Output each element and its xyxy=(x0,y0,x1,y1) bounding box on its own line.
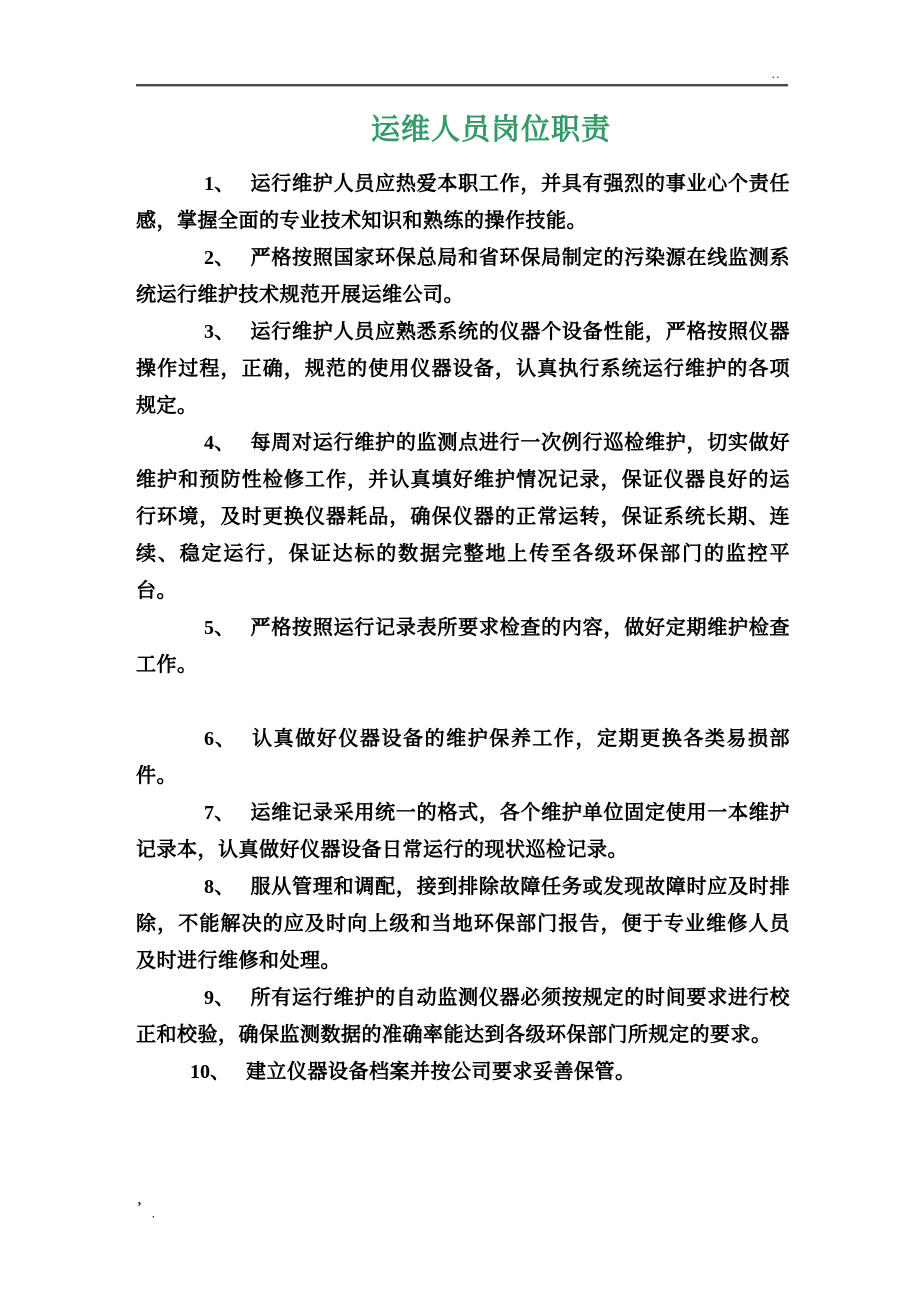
list-item: 10、建立仪器设备档案并按公司要求妥善保管。 xyxy=(136,1054,790,1091)
list-item: 6、认真做好仪器设备的维护保养工作，定期更换各类易损部件。 xyxy=(136,721,790,795)
list-item: 7、运维记录采用统一的格式，各个维护单位固定使用一本维护记录本，认真做好仪器设备… xyxy=(136,795,790,869)
item-text: 每周对运行维护的监测点进行一次例行巡检维护，切实做好维护和预防性检修工作，并认真… xyxy=(136,432,790,602)
page-title: 运维人员岗位职责 xyxy=(136,108,790,153)
item-number: 9、 xyxy=(204,987,251,1009)
item-number: 6、 xyxy=(204,728,252,750)
list-item: 9、所有运行维护的自动监测仪器必须按规定的时间要求进行校正和校验，确保监测数据的… xyxy=(136,980,790,1054)
list-item: 3、运行维护人员应熟悉系统的仪器个设备性能，严格按照仪器操作过程，正确，规范的使… xyxy=(136,314,790,425)
footer-stray-dot: · xyxy=(152,1212,155,1223)
item-number: 3、 xyxy=(204,321,251,343)
item-number: 4、 xyxy=(204,432,251,454)
item-number: 2、 xyxy=(204,247,251,269)
item-number: 5、 xyxy=(204,617,251,639)
list-item: 4、每周对运行维护的监测点进行一次例行巡检维护，切实做好维护和预防性检修工作，并… xyxy=(136,425,790,610)
document-body: 1、运行维护人员应热爱本职工作，并具有强烈的事业心个责任感，掌握全面的专业技术知… xyxy=(136,166,790,1091)
item-number: 10、 xyxy=(190,1061,246,1083)
item-text: 建立仪器设备档案并按公司要求妥善保管。 xyxy=(246,1061,636,1083)
list-item: 8、服从管理和调配，接到排除故障任务或发现故障时应及时排除，不能解决的应及时向上… xyxy=(136,869,790,980)
list-item: 5、严格按照运行记录表所要求检查的内容，做好定期维护检查工作。 xyxy=(136,610,790,684)
list-item: 1、运行维护人员应热爱本职工作，并具有强烈的事业心个责任感，掌握全面的专业技术知… xyxy=(136,166,790,240)
item-number: 1、 xyxy=(204,173,251,195)
item-number: 7、 xyxy=(204,802,251,824)
footer-stray-mark: ’ xyxy=(137,1200,142,1216)
list-item: 2、严格按照国家环保总局和省环保局制定的污染源在线监测系统运行维护技术规范开展运… xyxy=(136,240,790,314)
document-page: .. 运维人员岗位职责 1、运行维护人员应热爱本职工作，并具有强烈的事业心个责任… xyxy=(0,0,920,1302)
item-number: 8、 xyxy=(204,876,251,898)
text-column: 运维人员岗位职责 1、运行维护人员应热爱本职工作，并具有强烈的事业心个责任感，掌… xyxy=(136,0,790,1091)
